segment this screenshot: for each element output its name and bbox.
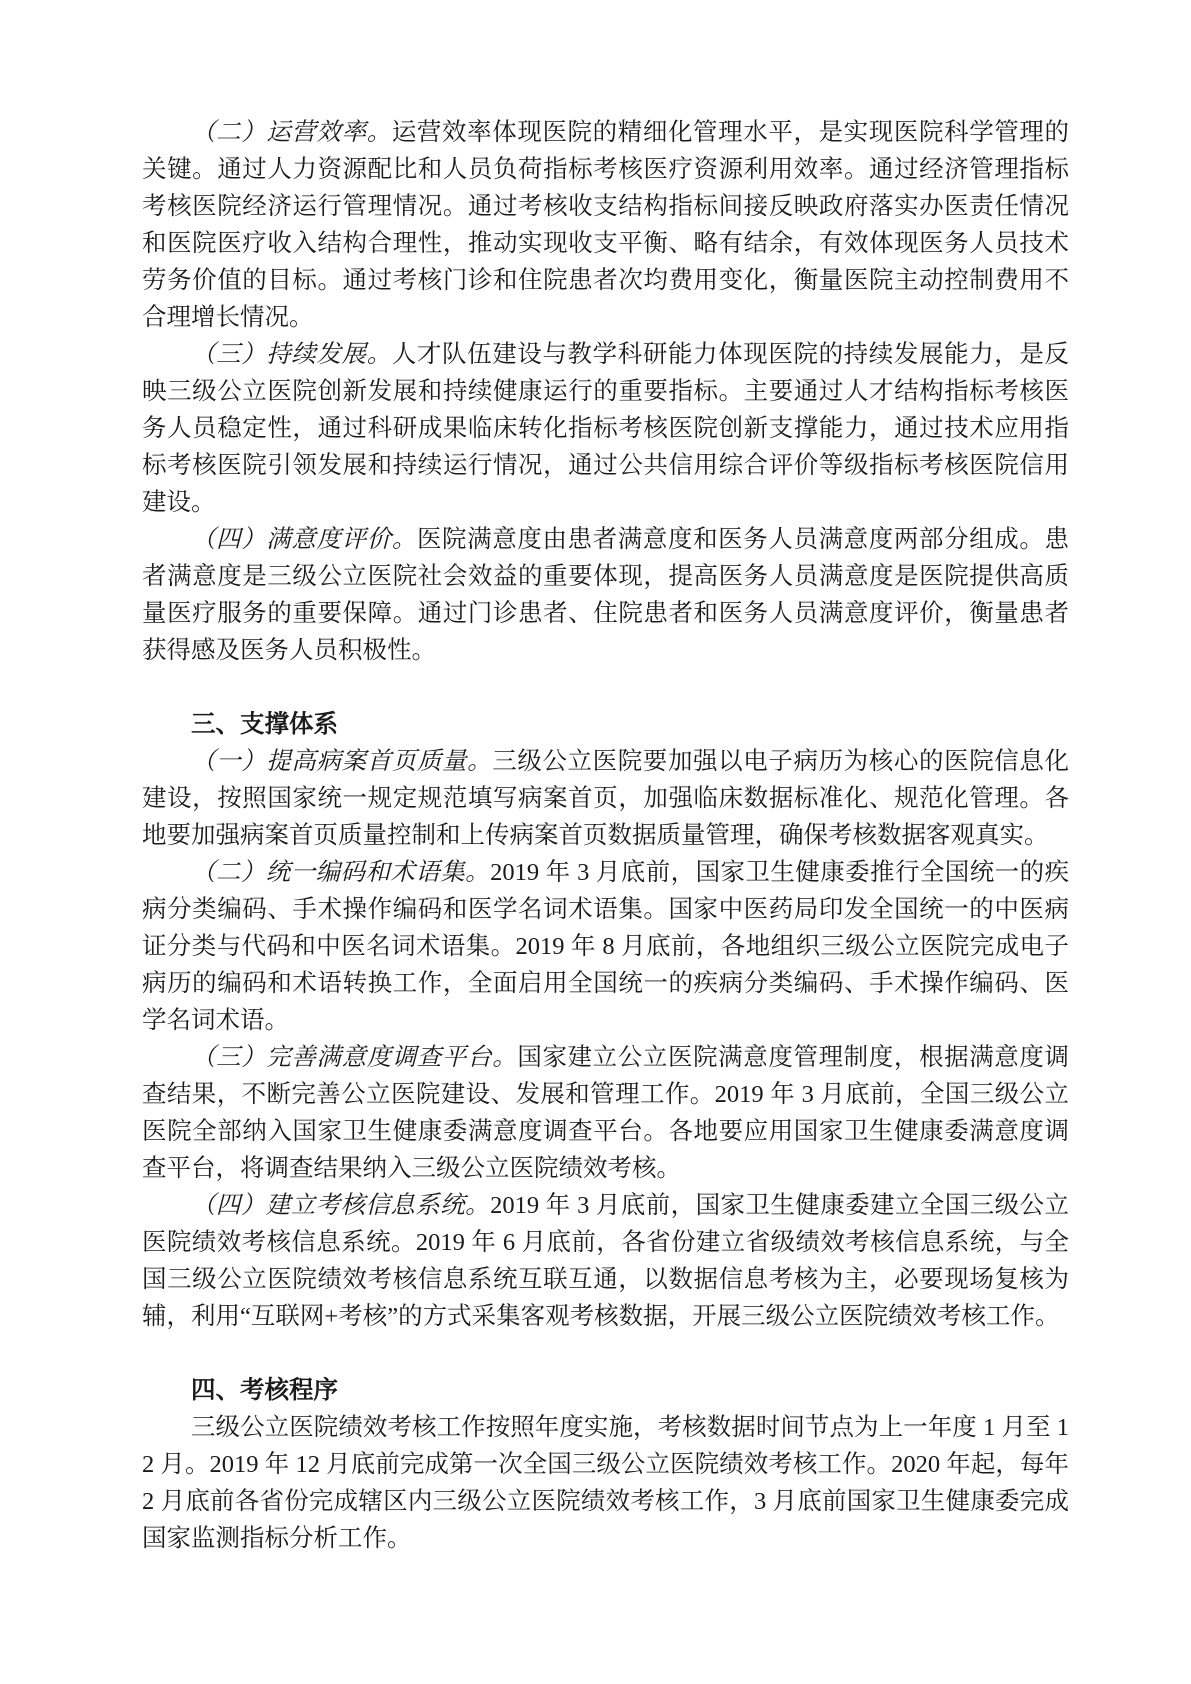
body-paragraph: （四）建立考核信息系统。2019 年 3 月底前，国家卫生健康委建立全国三级公立… — [142, 1187, 1069, 1335]
paragraph-lead: （四）满意度评价。 — [191, 526, 417, 553]
body-paragraph: （三）持续发展。人才队伍建设与教学科研能力体现医院的持续发展能力，是反映三级公立… — [142, 336, 1069, 521]
body-paragraph: （二）统一编码和术语集。2019 年 3 月底前，国家卫生健康委推行全国统一的疾… — [142, 854, 1069, 1039]
paragraph-lead: （三）完善满意度调查平台。 — [191, 1044, 517, 1071]
document-page: （二）运营效率。运营效率体现医院的精细化管理水平，是实现医院科学管理的关键。通过… — [0, 0, 1191, 1684]
section-heading: 三、支撑体系 — [142, 706, 1069, 743]
paragraph-lead: （三）持续发展。 — [191, 341, 392, 368]
paragraph-lead: （一）提高病案首页质量。 — [191, 748, 492, 775]
section-heading: 四、考核程序 — [142, 1372, 1069, 1409]
body-paragraph: （三）完善满意度调查平台。国家建立公立医院满意度管理制度，根据满意度调查结果，不… — [142, 1039, 1069, 1187]
paragraph-text: 运营效率体现医院的精细化管理水平，是实现医院科学管理的关键。通过人力资源配比和人… — [142, 119, 1069, 331]
body-paragraph: （一）提高病案首页质量。三级公立医院要加强以电子病历为核心的医院信息化建设，按照… — [142, 743, 1069, 854]
body-paragraph: （二）运营效率。运营效率体现医院的精细化管理水平，是实现医院科学管理的关键。通过… — [142, 114, 1069, 336]
body-paragraph: 三级公立医院绩效考核工作按照年度实施，考核数据时间节点为上一年度 1 月至 12… — [142, 1409, 1069, 1557]
paragraph-text: 三级公立医院绩效考核工作按照年度实施，考核数据时间节点为上一年度 1 月至 12… — [142, 1414, 1069, 1552]
paragraph-lead: （二）运营效率。 — [191, 119, 392, 146]
paragraph-lead: （四）建立考核信息系统。 — [191, 1192, 490, 1219]
body-paragraph: （四）满意度评价。医院满意度由患者满意度和医务人员满意度两部分组成。患者满意度是… — [142, 521, 1069, 669]
paragraph-lead: （二）统一编码和术语集。 — [191, 859, 490, 886]
